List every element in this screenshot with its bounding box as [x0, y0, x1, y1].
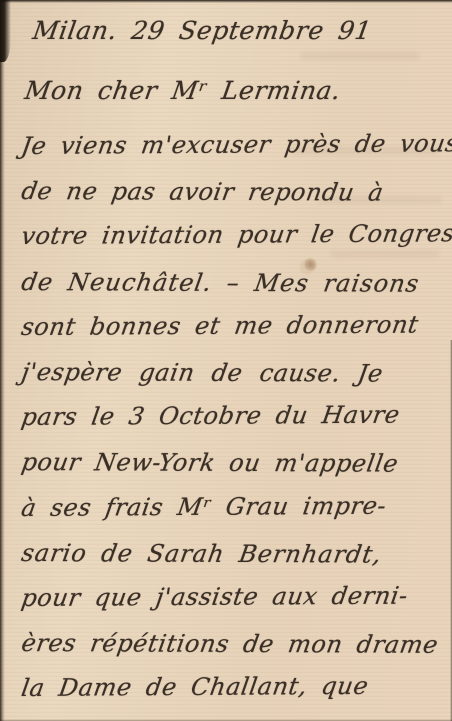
date-line: Milan. 29 Septembre 91: [30, 12, 374, 50]
letter-line: sario de Sarah Bernhardt,: [18, 531, 452, 578]
letter-line: pars le 3 Octobre du Havre: [18, 392, 452, 440]
scan-edge-top: [0, 0, 452, 3]
scan-edge-left: [0, 0, 5, 721]
letter-line: ères répétitions de mon drame: [18, 621, 452, 668]
letter-line: pour que j'assiste aux derni-: [18, 573, 452, 621]
letter-line: j'espère gain de cause. Je: [18, 350, 452, 397]
bleed-through-mark: [300, 52, 420, 60]
letter-scan: Milan. 29 Septembre 91 Mon cher Mʳ Lermi…: [0, 0, 452, 721]
salutation-line: Mon cher Mʳ Lermina.: [22, 72, 344, 110]
letter-line: pour New-York ou m'appelle: [18, 440, 452, 487]
letter-body: Je viens m'excuser près de vous de ne pa…: [18, 124, 450, 711]
letter-line: votre invitation pour le Congres: [18, 212, 452, 260]
scan-edge-corner: [0, 0, 11, 62]
letter-line: Je viens m'excuser près de vous: [18, 121, 452, 169]
letter-line: de Neuchâtel. – Mes raisons: [18, 260, 452, 307]
letter-line: à ses frais Mʳ Grau impre-: [18, 483, 452, 531]
letter-line: la Dame de Challant, que: [18, 664, 452, 712]
letter-line: de ne pas avoir repondu à: [18, 169, 452, 216]
letter-line: sont bonnes et me donneront: [18, 302, 452, 350]
